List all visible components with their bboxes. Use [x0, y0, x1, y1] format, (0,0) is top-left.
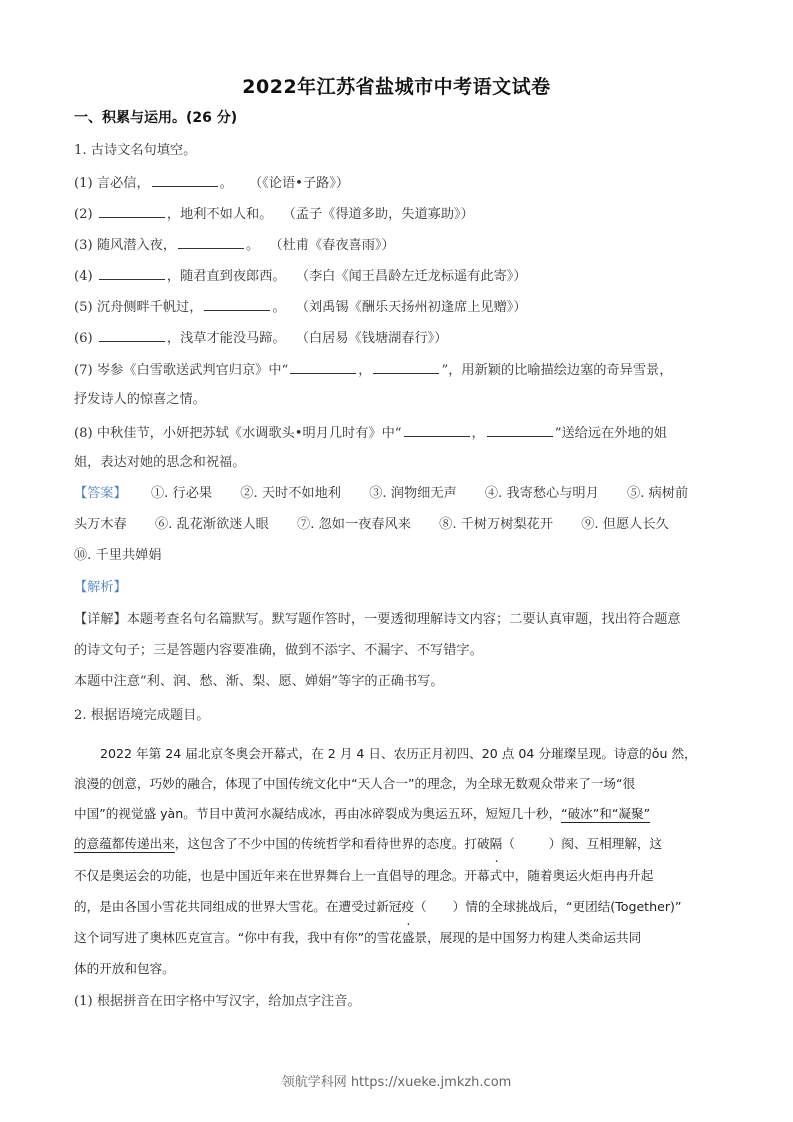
detail-line-2: 的诗文句子；三是答题内容要准确，做到不添字、不漏字、不写错字。 [74, 641, 724, 661]
footer-watermark: 领航学科网 https://xueke.jmkzh.com [0, 1071, 793, 1090]
analysis-label: 【解析】 [74, 578, 724, 598]
answer-blank[interactable] [204, 296, 270, 311]
passage-line-6: 的，是由各国小雪花共同组成的世界大雪花。在遭受过新冠疫（）情的全球挑战后，“更团… [74, 897, 724, 917]
passage-line-5: 不仅是奥运会的功能，也是中国近年来在世界舞台上一直倡导的理念。开幕式中，随着奥运… [74, 866, 724, 886]
passage-line-1: 2022 年第 24 届北京冬奥会开幕式，在 2 月 4 日、农历正月初四、20… [100, 744, 724, 764]
answer-line-1: 【答案】 ①. 行必果 ②. 天时不如地利 ③. 润物细无声 ④. 我寄愁心与明… [74, 484, 724, 504]
passage-line-7: 这个词写进了奥林匹克宣言。“你中有我，我中有你”的雪花盛景，展现的是中国努力构建… [74, 928, 724, 948]
q1-item-8: (8) 中秋佳节，小妍把苏轼《水调歌头•明月几时有》中“，”送给远在外地的姐 [74, 422, 724, 444]
question-2-sub-1: (1) 根据拼音在田字格中写汉字，给加点字注音。 [74, 992, 724, 1012]
passage-line-8: 体的开放和包容。 [74, 959, 724, 979]
page-title: 2022年江苏省盐城市中考语文试卷 [0, 72, 793, 99]
passage-line-2: 浪漫的创意，巧妙的融合，体现了中国传统文化中“天人合一”的理念，为全球无数观众带… [74, 774, 724, 794]
passage-line-3: 中国”的视觉盛 yàn。节目中黄河水凝结成冰，再由冰碎裂成为奥运五环，短短几十秒… [74, 804, 724, 824]
q1-item-7-continued: 抒发诗人的惊喜之情。 [74, 390, 724, 410]
answer-line-3: ⑩. 千里共婵娟 [74, 546, 724, 566]
q1-item-4: (4) ，随君直到夜郎西。 （李白《闻王昌龄左迁龙标遥有此寄》） [74, 265, 724, 287]
answer-blank[interactable] [373, 359, 439, 374]
detail-note: 本题中注意“利、润、愁、渐、梨、愿、婵娟”等字的正确书写。 [74, 672, 724, 692]
answer-blank[interactable] [152, 172, 218, 187]
dotted-character: 疫 [401, 899, 414, 914]
q1-item-3: (3) 随风潜入夜，。 （杜甫《春夜喜雨》） [74, 234, 724, 256]
answer-blank[interactable] [178, 234, 244, 249]
q1-item-1: (1) 言必信，。 （《论语•子路》） [74, 172, 724, 194]
answer-blank[interactable] [487, 422, 553, 437]
underlined-phrase: 的意蕴都传递出来 [74, 836, 175, 851]
q1-item-5: (5) 沉舟侧畔千帆过，。 （刘禹锡《酬乐天扬州初逢席上见赠》） [74, 296, 724, 318]
answer-blank[interactable] [99, 203, 165, 218]
passage-line-4: 的意蕴都传递出来，这包含了不少中国的传统哲学和看待世界的态度。打破隔（）阂、互相… [74, 834, 724, 854]
dotted-character: 隔 [490, 836, 503, 851]
q1-item-7: (7) 岑参《白雪歌送武判官归京》中“，”，用新颖的比喻描绘边塞的奇异雪景， [74, 359, 724, 381]
answer-blank[interactable] [404, 422, 470, 437]
detail-line-1: 【详解】本题考查名句名篇默写。默写题作答时，一要透彻理解诗文内容；二要认真审题，… [74, 610, 724, 630]
answer-blank[interactable] [99, 265, 165, 280]
answer-label: 【答案】 [74, 486, 127, 501]
exam-page: 2022年江苏省盐城市中考语文试卷 一、积累与运用。(26 分) 1. 古诗文名… [0, 0, 793, 1122]
question-2-prompt: 2. 根据语境完成题目。 [74, 706, 724, 726]
answer-line-2: 头万木春 ⑥. 乱花渐欲迷人眼 ⑦. 忽如一夜春风来 ⑧. 千树万树梨花开 ⑨.… [74, 515, 724, 535]
underlined-phrase: “破冰”和“凝聚” [561, 806, 650, 821]
section-heading: 一、积累与运用。(26 分) [74, 108, 724, 128]
q1-item-8-continued: 姐，表达对她的思念和祝福。 [74, 453, 724, 473]
question-1-prompt: 1. 古诗文名句填空。 [74, 141, 724, 161]
q1-item-6: (6) ，浅草才能没马蹄。 （白居易《钱塘湖春行》） [74, 327, 724, 349]
answer-blank[interactable] [99, 327, 165, 342]
answer-blank[interactable] [290, 359, 356, 374]
q1-item-2: (2) ，地利不如人和。 （孟子《得道多助，失道寡助》） [74, 203, 724, 225]
